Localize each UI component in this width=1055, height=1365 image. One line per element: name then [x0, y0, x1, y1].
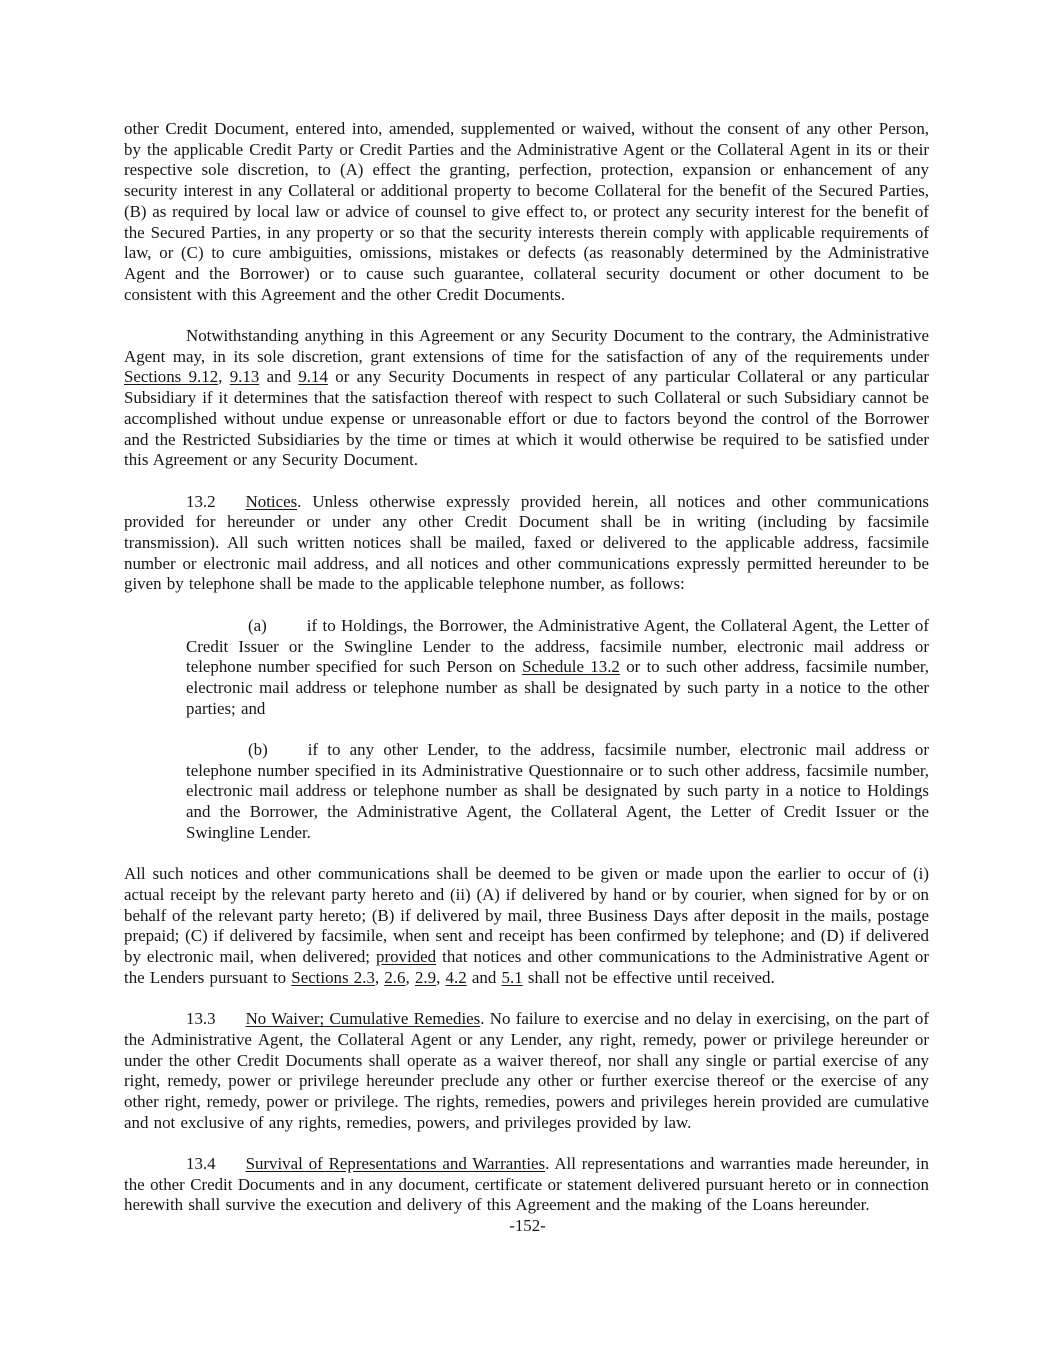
- text-run: 13.4: [186, 1154, 216, 1173]
- text-run: 13.3: [186, 1009, 216, 1028]
- paragraph: other Credit Document, entered into, ame…: [124, 119, 929, 305]
- paragraph: All such notices and other communication…: [124, 864, 929, 988]
- paragraph: 13.3No Waiver; Cumulative Remedies. No f…: [124, 1009, 929, 1133]
- paragraph: (b)if to any other Lender, to the addres…: [186, 740, 929, 844]
- text-run: ,: [405, 968, 414, 987]
- text-run: Sections 2.3: [291, 968, 375, 987]
- text-run: and: [467, 968, 502, 987]
- text-run: ,: [375, 968, 384, 987]
- document-page: other Credit Document, entered into, ame…: [0, 0, 1055, 1365]
- paragraph: 13.2Notices. Unless otherwise expressly …: [124, 492, 929, 596]
- text-run: Notwithstanding anything in this Agreeme…: [124, 326, 929, 366]
- text-run: No Waiver; Cumulative Remedies: [246, 1009, 481, 1028]
- text-run: 9.14: [298, 367, 328, 386]
- text-run: if to any other Lender, to the address, …: [186, 740, 929, 842]
- text-run: (a): [248, 616, 267, 635]
- text-run: other Credit Document, entered into, ame…: [124, 119, 929, 304]
- text-run: (b): [248, 740, 268, 759]
- text-run: and: [259, 367, 298, 386]
- text-run: 5.1: [502, 968, 523, 987]
- text-run: Sections 9.12: [124, 367, 218, 386]
- text-run: shall not be effective until received.: [523, 968, 775, 987]
- text-run: ,: [218, 367, 230, 386]
- text-run: 2.9: [415, 968, 436, 987]
- page-number: -152-: [0, 1216, 1055, 1237]
- paragraph: 13.4Survival of Representations and Warr…: [124, 1154, 929, 1216]
- text-run: Schedule 13.2: [522, 657, 620, 676]
- text-run: provided: [376, 947, 436, 966]
- text-run: 9.13: [230, 367, 260, 386]
- text-run: Notices: [246, 492, 298, 511]
- text-run: ,: [436, 968, 445, 987]
- paragraph: (a)if to Holdings, the Borrower, the Adm…: [186, 616, 929, 720]
- paragraph: Notwithstanding anything in this Agreeme…: [124, 326, 929, 471]
- document-body: other Credit Document, entered into, ame…: [124, 119, 929, 1216]
- text-run: 13.2: [186, 492, 216, 511]
- text-run: 2.6: [384, 968, 405, 987]
- text-run: Survival of Representations and Warranti…: [246, 1154, 546, 1173]
- text-run: 4.2: [446, 968, 467, 987]
